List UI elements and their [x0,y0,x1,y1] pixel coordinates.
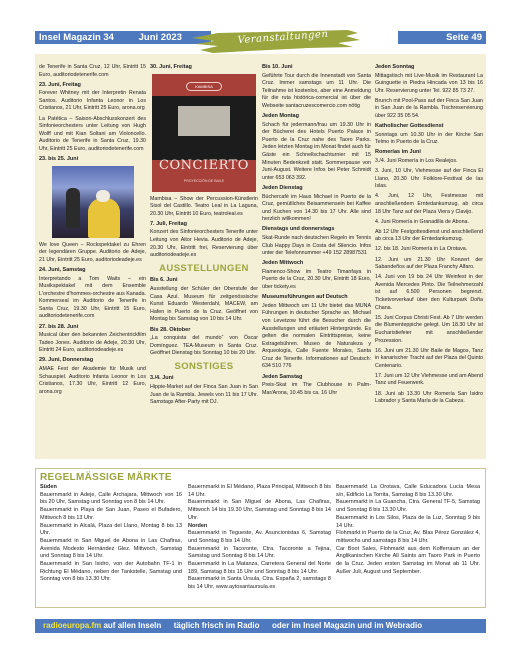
market-entry: Bauernmarkt in La Matanza, Carretera Gen… [188,561,331,576]
event-text: 16. Juni um 21.30 Uhr Baile de Magos, Ta… [375,348,483,371]
events-column-4: Jeden Sonntag Mittagstisch mit Live-Musi… [375,64,483,408]
event-text: Interpretando a Tom Waits – ein Musikspe… [39,276,146,322]
poster-subtitle: PROYECCIÓN DE BAILE [152,178,256,186]
event-text: 17. Juni um 12 Uhr Viehmesse und am Aben… [375,373,483,388]
event-heading: Jeden Mittwoch [262,260,371,268]
event-heading: Dienstags und donnerstags [262,226,371,234]
event-text: Mambisa – Show der Percussion-Künstlerin… [150,196,258,219]
event-text: Ausstellung der Schüler der Oberstufe de… [150,286,258,324]
event-heading: 27. bis 28. Juni [39,324,146,332]
section-title-misc: SONSTIGES [150,363,258,371]
market-entry: Bauernmarkt in Santa Úrsula, Ctra. Españ… [188,576,331,591]
events-panel: de Tenerife in Santa Cruz, 12 Uhr, Eintr… [35,54,486,459]
event-heading: 29. Juni, Donnerstag [39,357,146,365]
event-heading: Museumsführungen auf Deutsch [262,294,371,302]
page-number: Seite 49 [398,31,486,44]
market-entry: Bauernmarkt in Los Silos, Plaza de la Lu… [336,515,480,530]
event-heading: Bis 10. Juni [262,64,371,72]
event-text: Brunch mit Pool-Pass auf der Finca San J… [375,98,483,121]
market-entry: Bauernmarkt in Tegueste, Av. Asuncionist… [188,530,331,545]
we-love-queen-photo [52,166,134,238]
event-heading: 3./4. Juni [150,375,258,383]
event-text: Preis-Skat im The Clubhouse in Palm-Mar/… [262,382,371,397]
event-text: 4. Juni Romería in Granadilla de Abona. [375,219,483,227]
event-text: de Tenerife in Santa Cruz, 12 Uhr, Eintr… [39,64,146,79]
event-text: 4. Juni, 12 Uhr, Festmesse mit anschließ… [375,193,483,216]
event-text: 12. Juni um 21.30 Uhr Konzert der Saband… [375,257,483,272]
event-text: La Patética – Saison-Abschlusskonzert de… [39,116,146,154]
event-heading: Jeden Montag [262,113,371,121]
region-heading: Süden [40,484,182,492]
poster-title: CONCIERTO [152,162,256,170]
event-heading: Jeden Sonntag [375,64,483,72]
footer-bar: radioeuropa.fm auf allen Inseln täglich … [35,619,486,633]
markets-column-3: Bauernmarkt La Orotava, Calle Educadora … [336,484,480,576]
market-entry: Bauernmarkt in La Guancha, Ctra. General… [336,499,480,514]
footer-site-link[interactable]: radioeuropa.fm [43,621,101,630]
footer-text-3: oder im Insel Magazin und im Webradio [272,621,422,630]
footer-text-2: täglich frisch im Radio [174,621,260,630]
market-entry: Car Boot Sales, Flohmarkt aus dem Koffer… [336,546,480,577]
events-column-3: Bis 10. Juni Geführte Tour durch die Inn… [262,64,371,400]
concierto-poster: KAMBISA CONCIERTO PROYECCIÓN DE BAILE [152,74,256,192]
market-entry: Bauernmarkt La Orotava, Calle Educadora … [336,484,480,499]
event-text: Forever Whitney mit der Interpretin Rena… [39,90,146,113]
event-text: Musical über den bekannten Zeichentrickf… [39,332,146,355]
header-issue-bar: Insel Magazin 34 Juni 2023 [35,31,211,44]
market-entry: Bauernmarkt in Playa de San Juan, Paseo … [40,507,182,522]
event-text: 15. Juni Corpus Christi Fest. Ab 7 Uhr w… [375,315,483,345]
event-text: AMAE Fest der Akademie für Musik und Sch… [39,366,146,396]
event-heading: 30. Juni, Freitag [150,64,258,72]
issue-label: Insel Magazin 34 [39,31,114,44]
event-heading: Bis 28. Oktober [150,327,258,335]
market-entry: Bauernmarkt in San Miguel de Abona, Las … [188,499,331,522]
event-text: Geführte Tour durch die Innenstadt von S… [262,73,371,111]
event-text: „La conquista del mundo“ von Óscar Domín… [150,335,258,358]
market-entry: Bauernmarkt in El Médano, Plaza Principa… [188,484,331,499]
event-heading: Katholischer Gottesdienst [375,123,483,131]
event-text: Flamenco-Show im Teatro Timanfaya in Pue… [262,269,371,292]
event-heading: 7. Juli, Freitag [150,221,258,229]
issue-date: Juni 2023 [139,31,182,44]
market-entry: Bauernmarkt in Alcalá, Plaza del Llano, … [40,523,182,538]
event-text: Büchercafé im Haus Michael in Puerto de … [262,194,371,224]
market-entry: Flohmarkt in Puerto de la Cruz, Av. Blas… [336,530,480,545]
event-text: Hippie-Market auf der Finca San Juan in … [150,384,258,407]
event-text: Jeden Mittwoch um 11 Uhr bietet das MUNA… [262,303,371,371]
event-text: Konzert des Sinfonieorchesters Tenerife … [150,229,258,259]
market-entry: Bauernmarkt in Adeje, Calle Archajara, M… [40,492,182,507]
event-text: 14. Juni von 19 bis 24 Uhr Weinfest in d… [375,274,483,312]
section-title-exhibitions: AUSSTELLUNGEN [150,265,258,273]
event-text: 18. Juni ab 13.30 Uhr Romería San Isidro… [375,391,483,406]
markets-column-1: Süden Bauernmarkt in Adeje, Calle Archaj… [40,484,182,584]
event-text: Mittagstisch mit Live-Musik im Restauran… [375,73,483,96]
event-text: Schach für jedermann/frau um 19.30 Uhr i… [262,122,371,183]
region-heading: Norden [188,523,331,531]
event-text: Sonntags um 10.30 Uhr in der Kirche San … [375,132,483,147]
event-text: 3. Juni, 10 Uhr, Viehmesse auf der Finca… [375,168,483,191]
event-heading: Jeden Samstag [262,374,371,382]
event-text: We love Queen – Rockspektakel zu Ehren d… [39,242,146,265]
markets-box: REGELMÄSSIGE MÄRKTE Süden Bauernmarkt in… [35,468,486,608]
market-entry: Bauernmarkt in San Isidro, von der Autob… [40,561,182,584]
markets-column-2: Bauernmarkt in El Médano, Plaza Principa… [188,484,331,592]
market-entry: Bauernmarkt in Tacoronte, Ctra. Tacoront… [188,546,331,561]
event-heading: Jeden Dienstag [262,185,371,193]
event-text: Skat-Runde nach deutschen Regeln im Tenn… [262,235,371,258]
event-heading: Bis 6. Juni [150,277,258,285]
event-heading: 23. Juni, Freitag [39,82,146,90]
event-text: Ab 12 Uhr Festgottesdienst und anschließ… [375,229,483,244]
event-heading: 23. bis 25. Juni [39,156,146,164]
events-column-2: 30. Juni, Freitag KAMBISA CONCIERTO PROY… [150,64,258,409]
footer-text-1: auf allen Inseln [103,621,161,630]
event-heading: 24. Juni, Samstag [39,267,146,275]
market-entry: Bauernmarkt in San Miguel de Abona in La… [40,538,182,561]
poster-logo: KAMBISA [186,82,222,91]
event-text: 12. bis 18. Juni Romería in La Orotava. [375,246,483,254]
markets-title: REGELMÄSSIGE MÄRKTE [40,472,172,483]
event-heading: Romerías im Juni [375,149,483,157]
events-column-1: de Tenerife in Santa Cruz, 12 Uhr, Eintr… [39,64,146,399]
section-banner: Veranstaltungen [188,28,363,54]
event-text: 3./4. Juni Romería in Los Realejos. [375,158,483,166]
